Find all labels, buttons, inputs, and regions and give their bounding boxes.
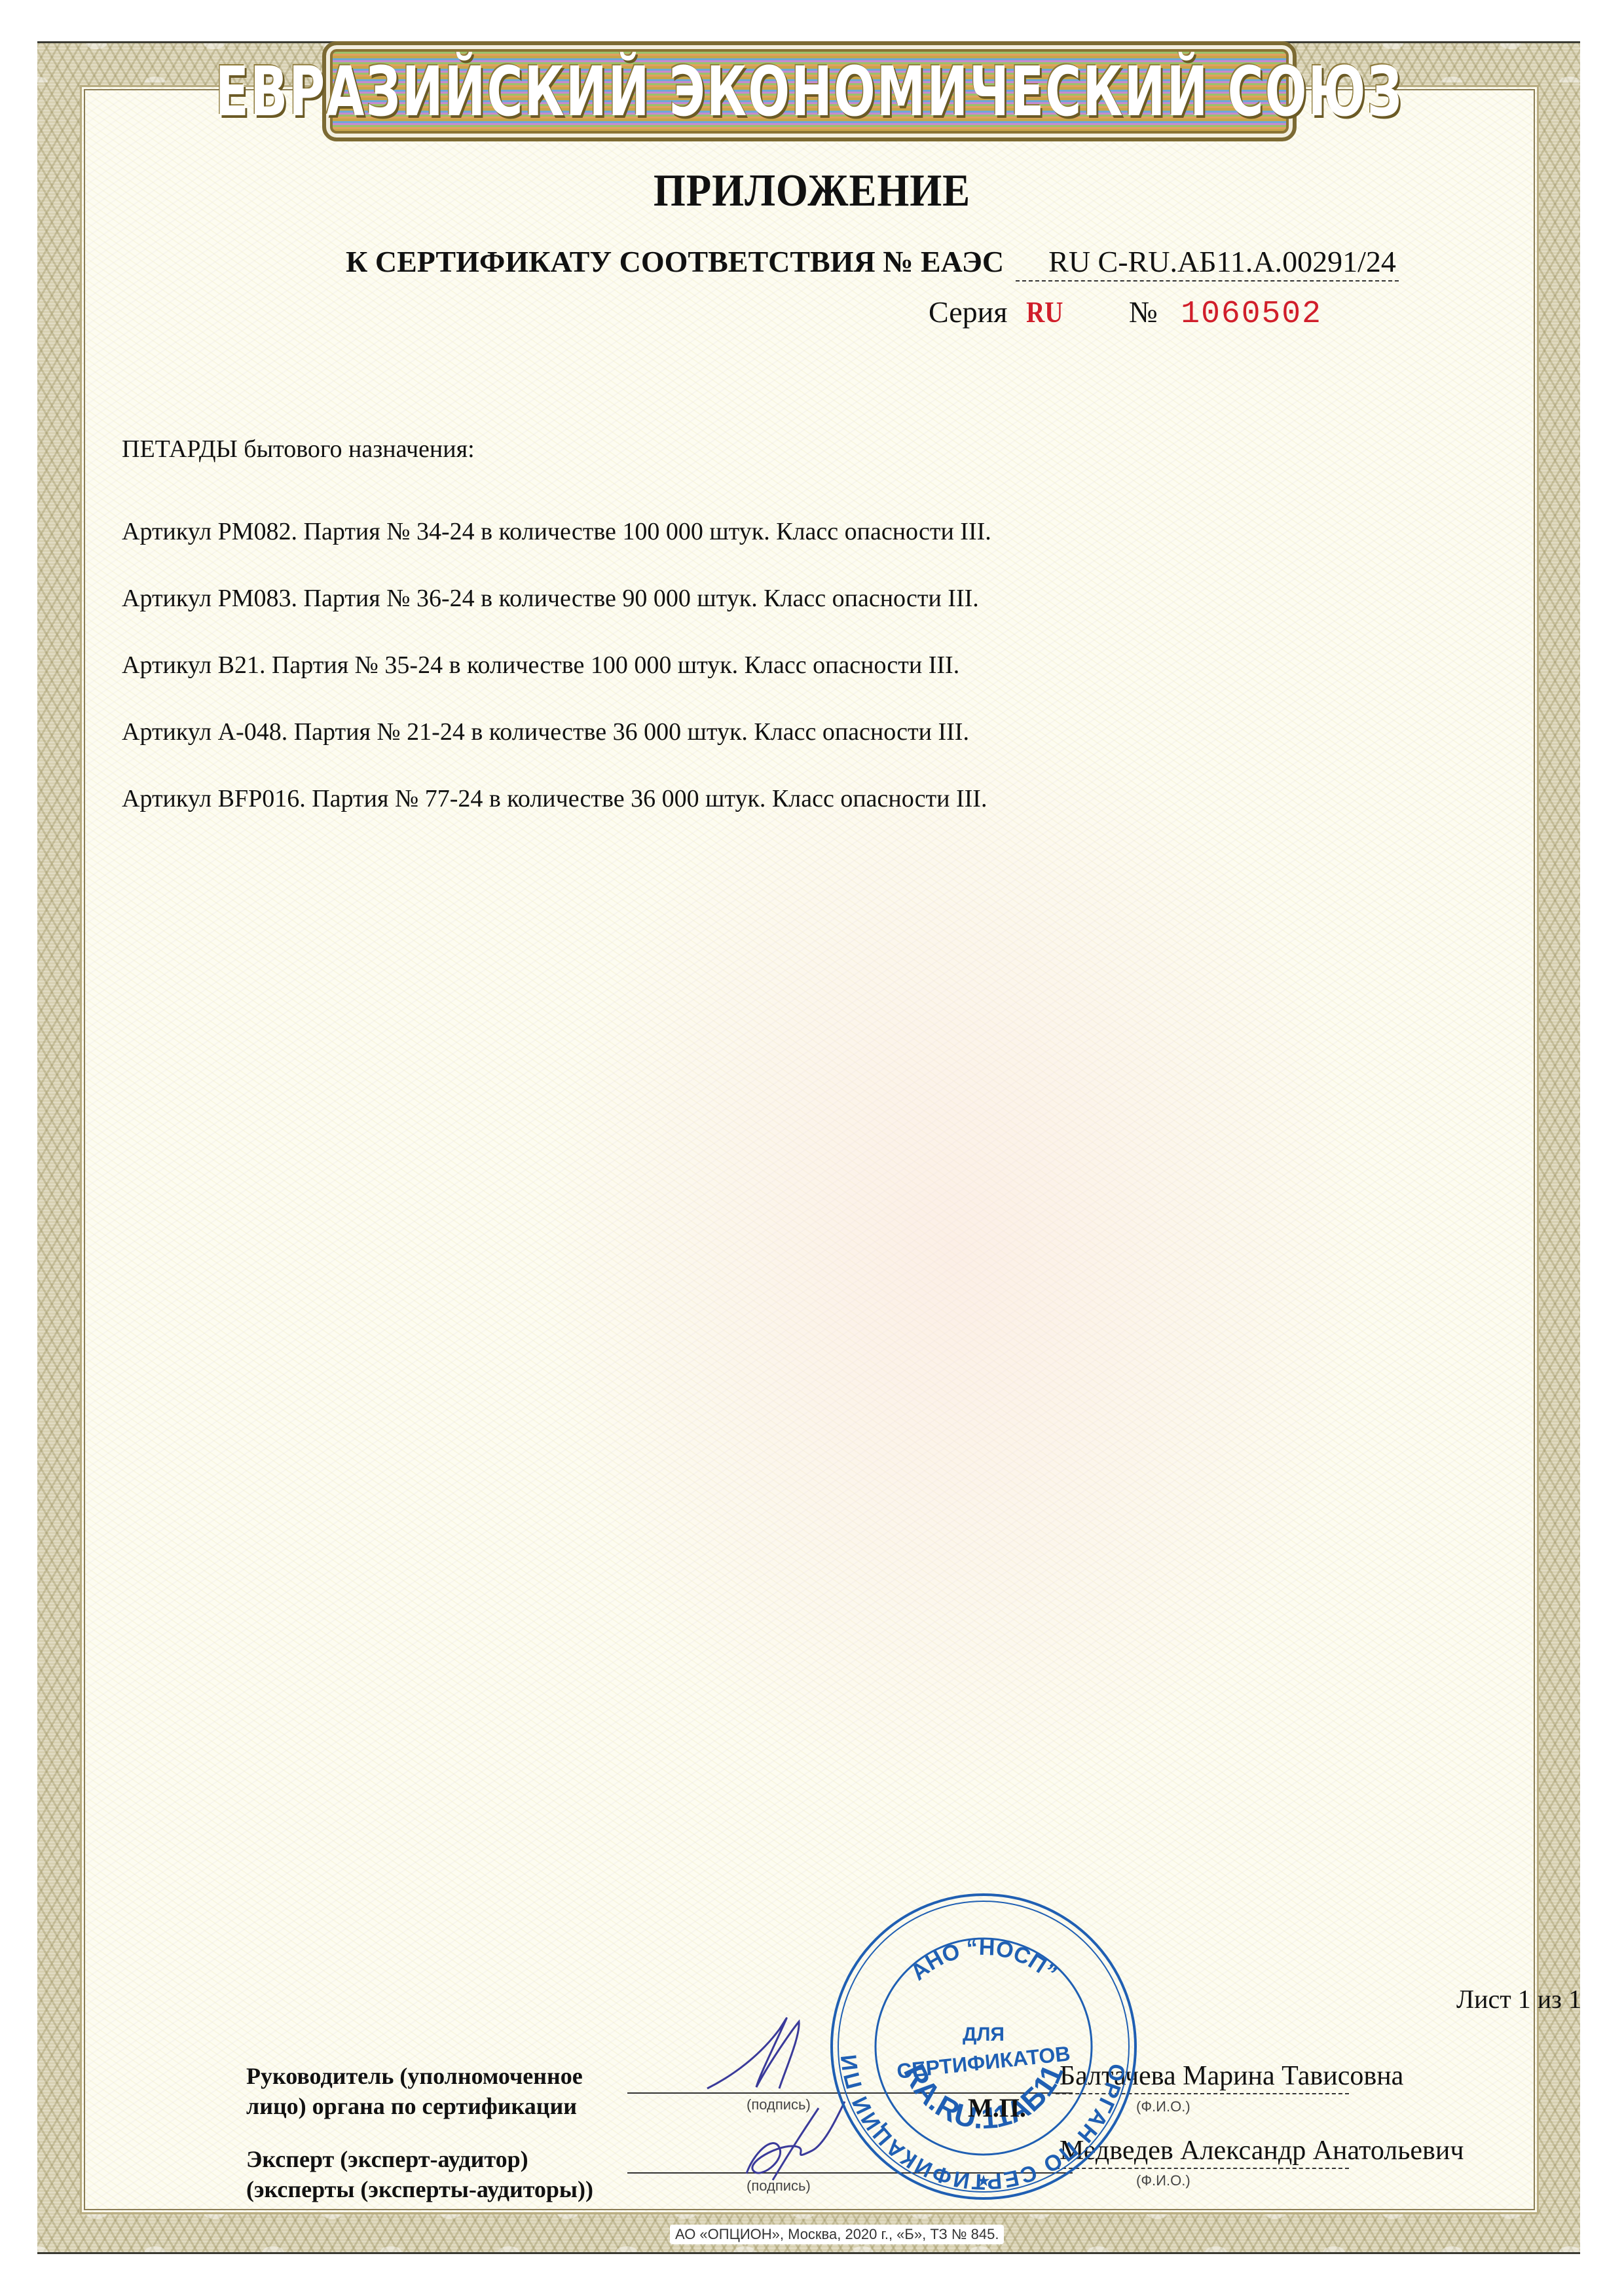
head-role-line2: лицо) органа по сертификации	[246, 2091, 583, 2121]
head-fio-caption: (Ф.И.О.)	[1136, 2098, 1190, 2115]
list-item: Артикул A-048. Партия № 21-24 в количест…	[122, 718, 991, 784]
sheet-counter: Лист 1 из 1	[1456, 1984, 1581, 2014]
header-banner: ЕВРАЗИЙСКИЙ ЭКОНОМИЧЕСКИЙ СОЮЗ	[322, 41, 1297, 141]
head-role-label: Руководитель (уполномоченное лицо) орган…	[246, 2061, 583, 2121]
expert-role-line2: (эксперты (эксперты-аудиторы))	[246, 2174, 593, 2204]
number-label: №	[1129, 295, 1158, 329]
page-title: ПРИЛОЖЕНИЕ	[81, 165, 1543, 217]
head-role-line1: Руководитель (уполномоченное	[246, 2061, 583, 2091]
series-line: Серия RU № 1060502	[929, 295, 1322, 332]
printer-note: АО «ОПЦИОН», Москва, 2020 г., «Б», ТЗ № …	[670, 2225, 1004, 2244]
list-item: Артикул B21. Партия № 35-24 в количестве…	[122, 651, 991, 718]
document-panel	[80, 85, 1539, 2214]
stamp-center-line1: ДЛЯ	[963, 2024, 1005, 2045]
expert-fio-caption: (Ф.И.О.)	[1136, 2172, 1190, 2189]
serial-number: 1060502	[1181, 297, 1322, 332]
certificate-label: К СЕРТИФИКАТУ СООТВЕТСТВИЯ № ЕАЭС	[346, 245, 1004, 278]
expert-role-line1: Эксперт (эксперт-аудитор)	[246, 2144, 593, 2174]
expert-role-label: Эксперт (эксперт-аудитор) (эксперты (экс…	[246, 2144, 593, 2204]
svg-text:АНО “НОСП”: АНО “НОСП”	[906, 1935, 1061, 1986]
banner-title: ЕВРАЗИЙСКИЙ ЭКОНОМИЧЕСКИЙ СОЮЗ	[215, 52, 1403, 132]
list-item: Артикул BFP016. Партия № 77-24 в количес…	[122, 784, 991, 851]
seal-stamp: ОРГАН ПО СЕРТИФИКАЦИИ ПИРОТЕХНИЧЕСКИХ ИЗ…	[828, 1891, 1139, 2202]
certificate-number: RU C-RU.АБ11.А.00291/24	[1016, 244, 1399, 282]
svg-text:★: ★	[976, 2173, 991, 2190]
product-list: Артикул PM082. Партия № 34-24 в количест…	[122, 517, 991, 851]
list-item: Артикул PM083. Партия № 36-24 в количест…	[122, 584, 991, 651]
seal-mark: М.П.	[968, 2092, 1026, 2123]
stamp-inner-top: АНО “НОСП”	[906, 1935, 1061, 1986]
series-value: RU	[1026, 295, 1063, 329]
list-item: Артикул PM082. Партия № 34-24 в количест…	[122, 517, 991, 584]
certificate-reference: К СЕРТИФИКАТУ СООТВЕТСТВИЯ № ЕАЭСRU C-RU…	[346, 244, 1399, 282]
product-intro: ПЕТАРДЫ бытового назначения:	[122, 435, 475, 464]
series-label: Серия	[929, 295, 1007, 329]
